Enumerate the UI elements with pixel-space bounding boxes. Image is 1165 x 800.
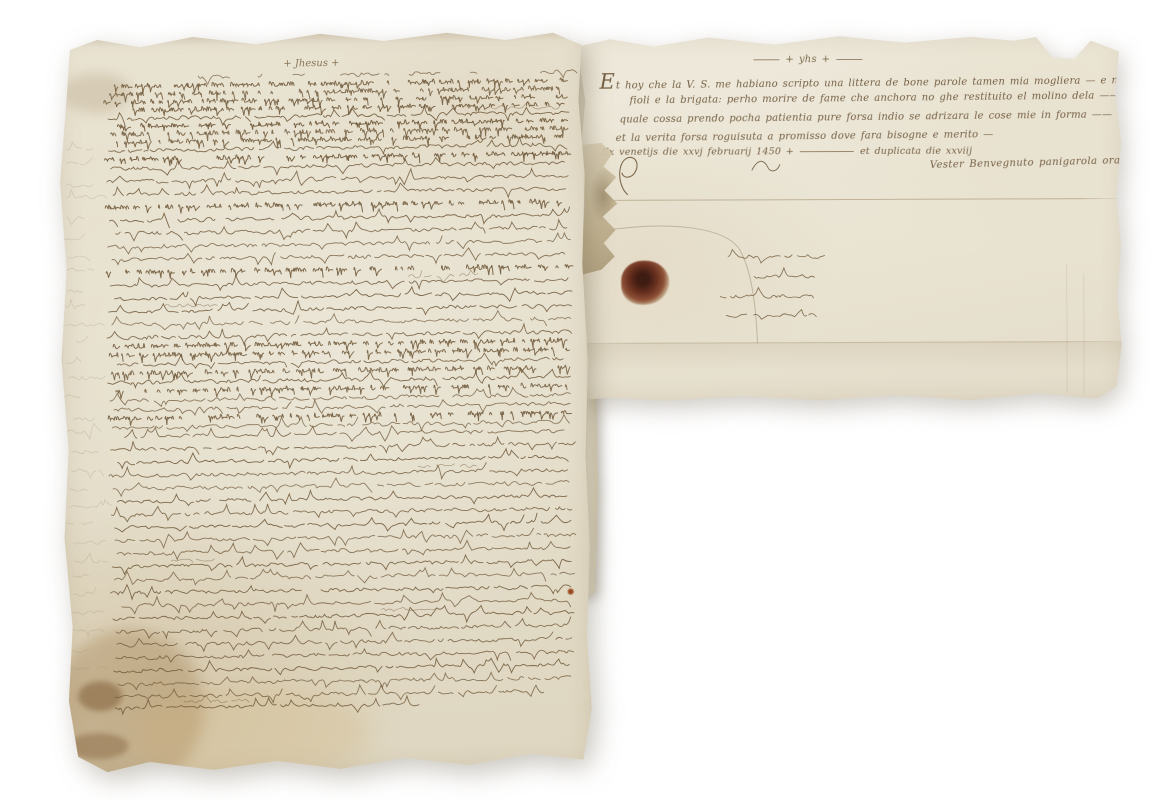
- handwriting-line: [105, 198, 568, 215]
- handwriting-line: [115, 682, 544, 704]
- handwriting-line: [108, 409, 571, 426]
- dark-stain-spot: [78, 681, 122, 712]
- handwriting-line: [108, 104, 569, 127]
- header-flourish-right: [836, 59, 862, 60]
- paper-chain-line: [1066, 263, 1067, 393]
- handwriting-line: [116, 617, 571, 640]
- handwriting-line: [109, 461, 570, 483]
- handwriting-line: [108, 136, 567, 158]
- handwriting-line: [111, 579, 571, 600]
- handwriting-line: [112, 364, 570, 381]
- handwriting-line: [113, 604, 574, 627]
- handwriting-line: [111, 435, 576, 457]
- right-page: + yhs + Et hoy che la V. S. me habiano s…: [578, 34, 1124, 402]
- handwriting-line: [114, 565, 574, 587]
- handwriting-line: [67, 190, 107, 200]
- fold-crease-lower: [578, 341, 1124, 344]
- handwriting-line: [68, 256, 89, 261]
- handwriting-line: [108, 368, 571, 391]
- handwriting-line: [66, 357, 81, 363]
- handwriting-line: [69, 489, 87, 492]
- dateline-row: Ex venetijs die xxvj februarij 1450 + et…: [602, 146, 973, 158]
- handwriting-line: [115, 526, 576, 548]
- handwriting-line: [70, 667, 107, 670]
- handwriting-line: [198, 69, 595, 84]
- right-page-header: + yhs +: [753, 54, 862, 65]
- handwriting-line: [408, 270, 477, 283]
- handwriting-line: [109, 297, 572, 319]
- handwriting-line: [118, 448, 569, 470]
- handwriting-line: [133, 101, 564, 117]
- handwriting-line: [68, 629, 104, 636]
- handwriting-line: [114, 77, 570, 94]
- handwriting-line: [114, 284, 572, 307]
- handwriting-line: [72, 469, 104, 479]
- handwriting-line: [113, 475, 569, 497]
- tan-blotch: [134, 684, 370, 782]
- lower-fold-shading: [578, 341, 1124, 403]
- letter-body-line: et la verita forsa roguisuta a promisso …: [616, 130, 994, 144]
- handwriting-line: [117, 630, 572, 653]
- handwriting-line: [114, 396, 570, 417]
- manuscript-photo: + yhs + Et hoy che la V. S. me habiano s…: [0, 0, 1165, 800]
- handwriting-line: [72, 450, 98, 454]
- handwriting-line: [116, 382, 567, 399]
- handwriting-line: [171, 559, 214, 563]
- handwriting-line: [109, 206, 569, 228]
- dateline-flourish: [800, 151, 854, 152]
- flourish-squiggle: [750, 156, 782, 176]
- left-page-paper: + Jhesus +: [55, 26, 595, 775]
- handwriting-line: [75, 553, 108, 563]
- handwriting-line: [111, 155, 565, 177]
- handwriting-line: [122, 591, 571, 614]
- handwriting-line: [115, 513, 571, 536]
- fold-crease-upper: [578, 198, 1124, 201]
- handwriting-line: [107, 167, 568, 190]
- right-page-paper: + yhs + Et hoy che la V. S. me habiano s…: [577, 33, 1124, 403]
- handwriting-line: [111, 125, 568, 143]
- handwriting-line: [73, 575, 89, 578]
- right-page-header-text: + yhs +: [785, 54, 830, 65]
- handwriting-line: [66, 521, 92, 524]
- dateline: Ex venetijs die xxvj februarij 1450 +: [602, 146, 794, 158]
- letter-body-line: quale cossa prendo pocha patientia pure …: [620, 110, 1113, 125]
- handwriting-line: [728, 249, 824, 263]
- handwriting-line: [117, 117, 567, 134]
- duplicate-note: et duplicata die xxviij: [860, 146, 972, 157]
- handwriting-line: [115, 695, 419, 715]
- handwriting-line: [114, 656, 570, 678]
- handwriting-line: [63, 234, 84, 240]
- handwriting-line: [104, 93, 568, 110]
- handwriting-line: [184, 695, 249, 704]
- left-page: + Jhesus +: [60, 30, 590, 772]
- handwriting-line: [67, 217, 85, 225]
- wax-seal: [621, 261, 669, 305]
- handwriting-line: [67, 184, 92, 188]
- letter-body-line: Et hoy che la V. S. me habiano scripto u…: [599, 71, 1128, 92]
- handwriting-line: [65, 395, 80, 398]
- handwriting-line: [118, 671, 571, 691]
- handwriting-line: [105, 150, 571, 167]
- left-page-header: + Jhesus +: [283, 58, 339, 70]
- handwriting-line: [67, 423, 101, 439]
- handwriting-line: [67, 142, 93, 150]
- handwriting-line: [111, 500, 571, 522]
- handwriting-line: [117, 539, 570, 562]
- handwriting-line: [115, 645, 573, 665]
- handwriting-line: [110, 387, 570, 407]
- handwriting-line: [73, 588, 101, 596]
- handwriting-line: [382, 607, 436, 611]
- handwriting-line: [113, 337, 567, 354]
- paper-chain-line: [1083, 273, 1084, 393]
- handwriting-layer: [55, 26, 595, 775]
- handwriting-line: [69, 611, 104, 615]
- handwriting-line: [110, 85, 566, 102]
- signature: Vester Benvegnuto panigarola orat. vr.: [930, 155, 1148, 171]
- handwriting-line: [74, 541, 106, 545]
- handwriting-line: [112, 310, 571, 332]
- handwriting-line: [754, 268, 814, 278]
- handwriting-line: [117, 487, 567, 509]
- handwriting-line: [418, 464, 476, 469]
- handwriting-line: [110, 271, 568, 293]
- handwriting-line: [108, 233, 571, 255]
- handwriting-line: [112, 552, 571, 574]
- handwriting-line: [493, 101, 560, 110]
- handwriting-line: [67, 290, 83, 292]
- handwriting-line: [112, 247, 565, 268]
- handwriting-line: [116, 219, 567, 241]
- handwriting-line: [113, 180, 566, 203]
- handwriting-line: [63, 268, 94, 271]
- handwriting-line: [112, 413, 569, 435]
- handwriting-line: [76, 336, 92, 342]
- dark-stain-spot: [67, 733, 129, 760]
- handwriting-line: [107, 323, 572, 345]
- handwriting-line: [116, 134, 563, 151]
- handwriting-line: [69, 376, 105, 380]
- handwriting-line: [65, 323, 104, 326]
- handwriting-line: [726, 310, 816, 320]
- handwriting-line: [74, 418, 95, 422]
- handwriting-line: [70, 650, 88, 653]
- letter-body-line: fioli e la brigata: perho morire de fame…: [630, 91, 1120, 106]
- handwriting-line: [63, 299, 85, 309]
- handwriting-line: [117, 350, 566, 371]
- handwriting-line: [106, 263, 573, 280]
- handwriting-line: [71, 500, 112, 509]
- red-stain-dot: [568, 589, 574, 595]
- edge-smudge: [61, 73, 132, 114]
- corner-stain: [53, 628, 205, 790]
- handwriting-line: [109, 346, 569, 363]
- handwriting-line: [720, 287, 813, 298]
- header-flourish-left: [753, 59, 779, 60]
- handwriting-line: [124, 422, 569, 445]
- handwriting-line: [165, 303, 217, 307]
- flourish-d-curl: [614, 153, 644, 199]
- handwriting-line: [66, 157, 92, 165]
